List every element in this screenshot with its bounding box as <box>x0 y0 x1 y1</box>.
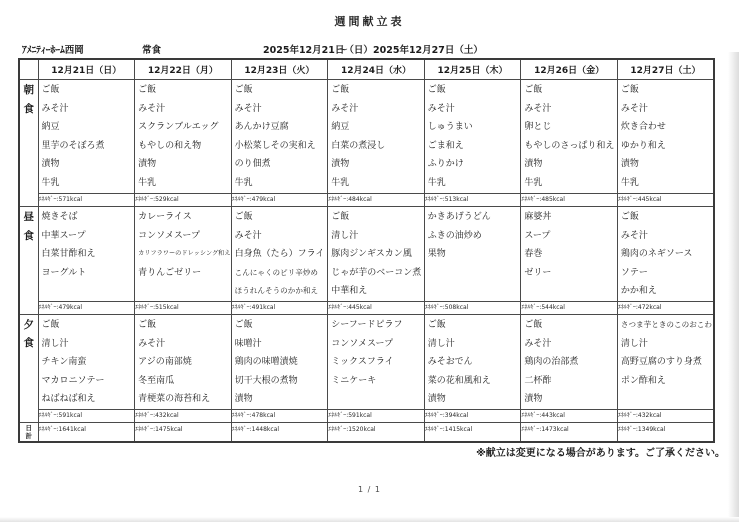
menu-item: のり佃煮 <box>235 155 327 174</box>
day-header: 12月25日（木） <box>424 59 521 80</box>
meal-label-char: 夕 <box>20 316 38 335</box>
menu-item: ゼリー <box>524 264 616 283</box>
meal-label-char: 朝 <box>20 81 38 100</box>
menu-item: スープ <box>524 227 616 246</box>
kcal-value: ｴﾈﾙｷﾞｰ:485kcal <box>521 194 618 207</box>
menu-item: 牛乳 <box>331 174 423 193</box>
kcal-value: ｴﾈﾙｷﾞｰ:479kcal <box>38 301 135 314</box>
menu-item: 味噌汁 <box>235 335 327 354</box>
menu-item: もやしのさっぱり和え <box>524 137 616 156</box>
menu-cell: ご飯みそ汁炊き合わせゆかり和え漬物牛乳 <box>617 80 714 194</box>
menu-item: 卵とじ <box>524 118 616 137</box>
menu-item: ご飯 <box>138 81 230 100</box>
menu-item: みそ汁 <box>42 100 134 119</box>
menu-item: ご飯 <box>524 316 616 335</box>
menu-cell: ご飯みそ汁納豆白菜の煮浸し漬物牛乳 <box>328 80 425 194</box>
menu-item: 高野豆腐のすり身煮 <box>621 353 712 372</box>
day-header: 12月23日（火） <box>231 59 328 80</box>
kcal-value: ｴﾈﾙｷﾞｰ:515kcal <box>135 301 232 314</box>
meal-label-dinner: 夕食 <box>19 314 38 422</box>
menu-item: 中華和え <box>331 282 423 301</box>
menu-item: チキン南蛮 <box>42 353 134 372</box>
menu-item: 果物 <box>428 245 520 264</box>
total-kcal-value: ｴﾈﾙｷﾞｰ:1641kcal <box>38 422 135 442</box>
menu-item: 鶏肉のネギソース <box>621 245 712 264</box>
day-header: 12月26日（金） <box>521 59 618 80</box>
scan-edge-right <box>728 52 739 522</box>
menu-cell: ご飯清し汁みそおでん菜の花和風和え漬物 <box>424 314 521 409</box>
menu-item: 漬物 <box>138 155 230 174</box>
menu-item: 鶏肉の治部煮 <box>524 353 616 372</box>
kcal-value: ｴﾈﾙｷﾞｰ:445kcal <box>328 301 425 314</box>
menu-item: 漬物 <box>428 390 520 409</box>
menu-item: 焼きそば <box>42 208 134 227</box>
meal-label-char: 昼 <box>20 208 38 227</box>
menu-item: 中華スープ <box>42 227 134 246</box>
menu-item: ご飯 <box>235 316 327 335</box>
menu-item: みそ汁 <box>621 227 712 246</box>
menu-item: 漬物 <box>42 155 134 174</box>
menu-item: コンソメスープ <box>331 335 423 354</box>
menu-cell: ご飯みそ汁納豆里芋のそぼろ煮漬物牛乳 <box>38 80 135 194</box>
menu-item: 漬物 <box>524 155 616 174</box>
menu-item: 白身魚（たら）フライ <box>235 245 327 264</box>
menu-item: 小松菜しその実和え <box>235 137 327 156</box>
menu-item: ソテー <box>621 264 712 283</box>
menu-item: じゃが芋のベーコン煮 <box>331 264 423 283</box>
menu-item: 麻婆丼 <box>524 208 616 227</box>
menu-item: ゆかり和え <box>621 137 712 156</box>
menu-item: みそ汁 <box>235 100 327 119</box>
day-header: 12月27日（土） <box>617 59 714 80</box>
dinner-kcal-row: ｴﾈﾙｷﾞｰ:591kcalｴﾈﾙｷﾞｰ:432kcalｴﾈﾙｷﾞｰ:478kc… <box>19 409 714 422</box>
menu-item: 漬物 <box>621 155 712 174</box>
scan-edge-bottom <box>0 517 739 522</box>
menu-item: ご飯 <box>42 316 134 335</box>
menu-cell: さつま芋ときのこのおこわ清し汁高野豆腐のすり身煮ポン酢和え <box>617 314 714 409</box>
menu-item: ご飯 <box>235 81 327 100</box>
kcal-value: ｴﾈﾙｷﾞｰ:491kcal <box>231 301 328 314</box>
menu-item: しゅうまい <box>428 118 520 137</box>
page-number: 1 / 1 <box>0 485 739 494</box>
menu-item: アジの南部焼 <box>138 353 230 372</box>
menu-item: 清し汁 <box>621 335 712 354</box>
menu-item: 牛乳 <box>524 174 616 193</box>
menu-item: ミックスフライ <box>331 353 423 372</box>
meal-label-char: 食 <box>20 100 38 119</box>
menu-item: ポン酢和え <box>621 372 712 391</box>
breakfast-kcal-row: ｴﾈﾙｷﾞｰ:571kcalｴﾈﾙｷﾞｰ:529kcalｴﾈﾙｷﾞｰ:479kc… <box>19 194 714 207</box>
kcal-value: ｴﾈﾙｷﾞｰ:432kcal <box>135 409 232 422</box>
menu-item: 漬物 <box>331 155 423 174</box>
menu-document: 週間献立表 ｱﾒﾆﾃｨｰﾎｰﾑ西岡 常食 2025年12月21日（日） ～ 20… <box>0 0 739 522</box>
menu-item: 鶏肉の味噌漬焼 <box>235 353 327 372</box>
date-range-tilde: ～ <box>338 42 348 56</box>
menu-item: 牛乳 <box>138 174 230 193</box>
menu-item: ご飯 <box>235 208 327 227</box>
lunch-items-row: 昼食焼きそば中華スープ白菜甘酢和えヨーグルトカレーライスコンソメスープカリフラワ… <box>19 207 714 302</box>
kcal-value: ｴﾈﾙｷﾞｰ:432kcal <box>617 409 714 422</box>
menu-item: 切干大根の煮物 <box>235 372 327 391</box>
facility-name: ｱﾒﾆﾃｨｰﾎｰﾑ西岡 <box>22 42 84 56</box>
meal-label-char: 食 <box>20 227 38 246</box>
menu-item: みそ汁 <box>235 227 327 246</box>
menu-item: カレーライス <box>138 208 230 227</box>
menu-item: 牛乳 <box>428 174 520 193</box>
menu-item: シーフードピラフ <box>331 316 423 335</box>
menu-table: 12月21日（日）12月22日（月）12月23日（火）12月24日（水）12月2… <box>18 58 715 443</box>
kcal-value: ｴﾈﾙｷﾞｰ:508kcal <box>424 301 521 314</box>
menu-item: みそ汁 <box>138 335 230 354</box>
total-kcal-value: ｴﾈﾙｷﾞｰ:1415kcal <box>424 422 521 442</box>
date-range-end: 2025年12月27日（土） <box>373 42 483 56</box>
menu-item: 白菜の煮浸し <box>331 137 423 156</box>
menu-item: ヨーグルト <box>42 264 134 283</box>
menu-cell: 麻婆丼スープ春巻ゼリー <box>521 207 618 302</box>
menu-cell: ご飯みそ汁スクランブルエッグもやしの和え物漬物牛乳 <box>135 80 232 194</box>
menu-item: コンソメスープ <box>138 227 230 246</box>
day-header: 12月24日（水） <box>328 59 425 80</box>
menu-cell: ご飯清し汁豚肉ジンギスカン風じゃが芋のベーコン煮中華和え <box>328 207 425 302</box>
total-kcal-value: ｴﾈﾙｷﾞｰ:1475kcal <box>135 422 232 442</box>
menu-item: ご飯 <box>621 81 712 100</box>
menu-cell: ご飯味噌汁鶏肉の味噌漬焼切干大根の煮物漬物 <box>231 314 328 409</box>
kcal-value: ｴﾈﾙｷﾞｰ:484kcal <box>328 194 425 207</box>
menu-item: ごま和え <box>428 137 520 156</box>
breakfast-items-row: 朝食ご飯みそ汁納豆里芋のそぼろ煮漬物牛乳ご飯みそ汁スクランブルエッグもやしの和え… <box>19 80 714 194</box>
menu-cell: ご飯みそ汁アジの南部焼冬至南瓜青梗菜の海苔和え <box>135 314 232 409</box>
menu-item: みそ汁 <box>331 100 423 119</box>
total-kcal-value: ｴﾈﾙｷﾞｰ:1448kcal <box>231 422 328 442</box>
menu-item: ご飯 <box>138 316 230 335</box>
menu-item: ご飯 <box>42 81 134 100</box>
menu-cell: ご飯清し汁チキン南蛮マカロニソテーねばねば和え <box>38 314 135 409</box>
menu-cell: ご飯みそ汁鶏肉のネギソースソテーかか和え <box>617 207 714 302</box>
menu-cell: 焼きそば中華スープ白菜甘酢和えヨーグルト <box>38 207 135 302</box>
menu-item: 清し汁 <box>331 227 423 246</box>
menu-item: 納豆 <box>42 118 134 137</box>
menu-item: みそ汁 <box>524 335 616 354</box>
menu-item: 白菜甘酢和え <box>42 245 134 264</box>
menu-item: 納豆 <box>331 118 423 137</box>
menu-item: ご飯 <box>428 316 520 335</box>
total-label-char: 計 <box>20 432 38 440</box>
menu-item: みそ汁 <box>428 100 520 119</box>
menu-item: カリフラワーのドレッシング和え <box>138 245 230 264</box>
dinner-items-row: 夕食ご飯清し汁チキン南蛮マカロニソテーねばねば和えご飯みそ汁アジの南部焼冬至南瓜… <box>19 314 714 409</box>
menu-item: 炊き合わせ <box>621 118 712 137</box>
total-row: 日計ｴﾈﾙｷﾞｰ:1641kcalｴﾈﾙｷﾞｰ:1475kcalｴﾈﾙｷﾞｰ:1… <box>19 422 714 442</box>
kcal-value: ｴﾈﾙｷﾞｰ:394kcal <box>424 409 521 422</box>
kcal-value: ｴﾈﾙｷﾞｰ:529kcal <box>135 194 232 207</box>
menu-cell: ご飯みそ汁卵とじもやしのさっぱり和え漬物牛乳 <box>521 80 618 194</box>
kcal-value: ｴﾈﾙｷﾞｰ:479kcal <box>231 194 328 207</box>
menu-item: スクランブルエッグ <box>138 118 230 137</box>
menu-item: みそおでん <box>428 353 520 372</box>
menu-cell: ご飯みそ汁白身魚（たら）フライこんにゃくのピリ辛炒めほうれんそうのかか和え <box>231 207 328 302</box>
menu-item: 豚肉ジンギスカン風 <box>331 245 423 264</box>
menu-item: あんかけ豆腐 <box>235 118 327 137</box>
menu-item: 清し汁 <box>428 335 520 354</box>
total-kcal-value: ｴﾈﾙｷﾞｰ:1473kcal <box>521 422 618 442</box>
menu-item: 牛乳 <box>621 174 712 193</box>
menu-cell: シーフードピラフコンソメスープミックスフライミニケーキ <box>328 314 425 409</box>
menu-item: ふりかけ <box>428 155 520 174</box>
meal-label-char: 食 <box>20 334 38 353</box>
total-kcal-value: ｴﾈﾙｷﾞｰ:1520kcal <box>328 422 425 442</box>
menu-item: ミニケーキ <box>331 372 423 391</box>
menu-item: ご飯 <box>331 208 423 227</box>
lunch-kcal-row: ｴﾈﾙｷﾞｰ:479kcalｴﾈﾙｷﾞｰ:515kcalｴﾈﾙｷﾞｰ:491kc… <box>19 301 714 314</box>
kcal-value: ｴﾈﾙｷﾞｰ:544kcal <box>521 301 618 314</box>
menu-item: ご飯 <box>621 208 712 227</box>
meal-type-label: 常食 <box>142 42 161 56</box>
menu-item: ご飯 <box>331 81 423 100</box>
menu-item: 漬物 <box>235 390 327 409</box>
menu-cell: ご飯みそ汁あんかけ豆腐小松菜しその実和えのり佃煮牛乳 <box>231 80 328 194</box>
menu-item: マカロニソテー <box>42 372 134 391</box>
menu-cell: ご飯みそ汁しゅうまいごま和えふりかけ牛乳 <box>424 80 521 194</box>
menu-item: みそ汁 <box>138 100 230 119</box>
menu-item: 牛乳 <box>42 174 134 193</box>
footer-note: ※献立は変更になる場合があります。ご了承ください。 <box>476 444 725 459</box>
menu-item: 冬至南瓜 <box>138 372 230 391</box>
menu-item: 漬物 <box>524 390 616 409</box>
total-label: 日計 <box>19 422 38 442</box>
total-kcal-value: ｴﾈﾙｷﾞｰ:1349kcal <box>617 422 714 442</box>
menu-item: 牛乳 <box>235 174 327 193</box>
kcal-value: ｴﾈﾙｷﾞｰ:445kcal <box>617 194 714 207</box>
menu-item: みそ汁 <box>524 100 616 119</box>
menu-item: かか和え <box>621 282 712 301</box>
page-title: 週間献立表 <box>0 13 739 29</box>
date-range-start: 2025年12月21日（日） <box>263 42 373 56</box>
day-header: 12月22日（月） <box>135 59 232 80</box>
menu-cell: かきあげうどんふきの油炒め果物 <box>424 207 521 302</box>
corner-cell <box>19 59 38 80</box>
kcal-value: ｴﾈﾙｷﾞｰ:443kcal <box>521 409 618 422</box>
menu-item: こんにゃくのピリ辛炒め <box>235 264 327 283</box>
menu-item: ねばねば和え <box>42 390 134 409</box>
kcal-value: ｴﾈﾙｷﾞｰ:591kcal <box>328 409 425 422</box>
menu-cell: カレーライスコンソメスープカリフラワーのドレッシング和え青りんごゼリー <box>135 207 232 302</box>
kcal-value: ｴﾈﾙｷﾞｰ:571kcal <box>38 194 135 207</box>
kcal-value: ｴﾈﾙｷﾞｰ:591kcal <box>38 409 135 422</box>
menu-item: さつま芋ときのこのおこわ <box>621 316 712 335</box>
menu-item: 菜の花和風和え <box>428 372 520 391</box>
menu-item: かきあげうどん <box>428 208 520 227</box>
menu-item: 清し汁 <box>42 335 134 354</box>
meal-label-breakfast: 朝食 <box>19 80 38 207</box>
total-label-char: 日 <box>20 424 38 432</box>
menu-item: みそ汁 <box>621 100 712 119</box>
menu-item: もやしの和え物 <box>138 137 230 156</box>
menu-item: 二杯酢 <box>524 372 616 391</box>
menu-item: ご飯 <box>524 81 616 100</box>
menu-item: 里芋のそぼろ煮 <box>42 137 134 156</box>
menu-item: 春巻 <box>524 245 616 264</box>
kcal-value: ｴﾈﾙｷﾞｰ:513kcal <box>424 194 521 207</box>
meal-label-lunch: 昼食 <box>19 207 38 315</box>
menu-item: 青りんごゼリー <box>138 264 230 283</box>
menu-item: ふきの油炒め <box>428 227 520 246</box>
menu-item: ご飯 <box>428 81 520 100</box>
menu-cell: ご飯みそ汁鶏肉の治部煮二杯酢漬物 <box>521 314 618 409</box>
kcal-value: ｴﾈﾙｷﾞｰ:478kcal <box>231 409 328 422</box>
header-row: 12月21日（日）12月22日（月）12月23日（火）12月24日（水）12月2… <box>19 59 714 80</box>
day-header: 12月21日（日） <box>38 59 135 80</box>
kcal-value: ｴﾈﾙｷﾞｰ:472kcal <box>617 301 714 314</box>
menu-item: ほうれんそうのかか和え <box>235 282 327 301</box>
menu-item: 青梗菜の海苔和え <box>138 390 230 409</box>
